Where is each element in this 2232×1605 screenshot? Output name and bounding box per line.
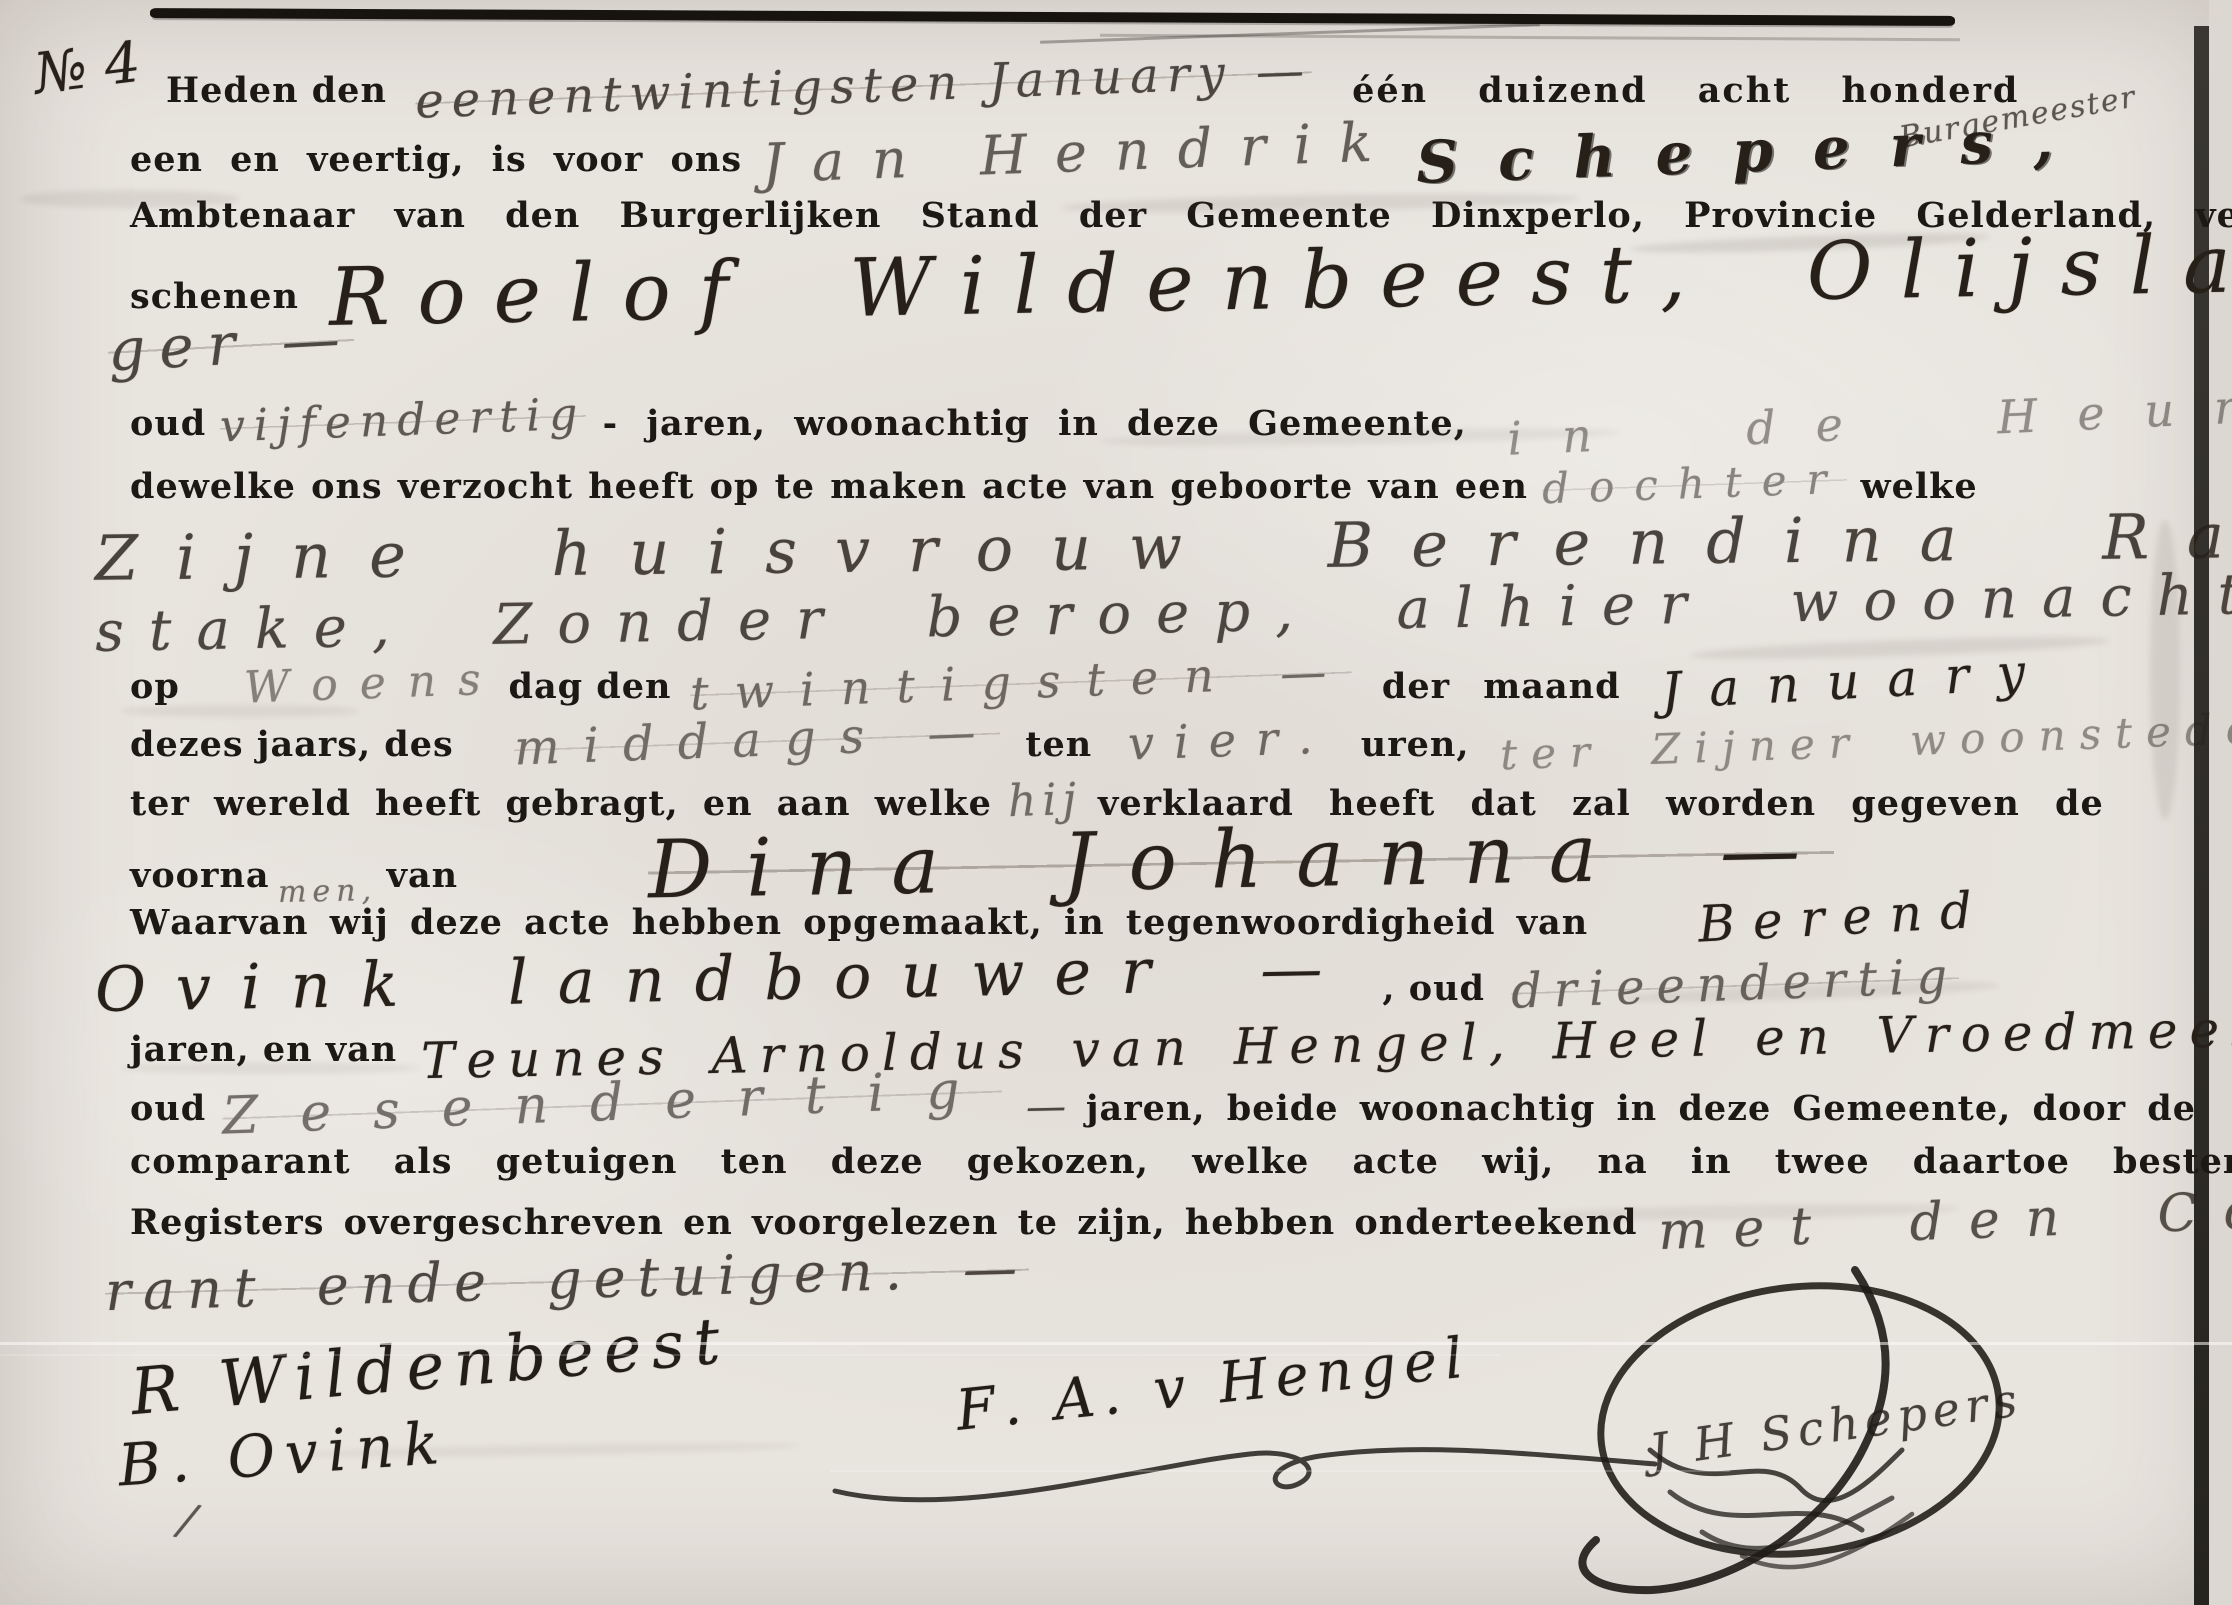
line-declarant-cont: ger — xyxy=(108,310,354,378)
signature-stray-mark: / xyxy=(175,1494,200,1547)
line-chosen: comparant als getuigen ten deze gekozen,… xyxy=(130,1141,2232,1182)
act-number: № 4 xyxy=(30,30,144,107)
printed-text: oud xyxy=(130,1088,206,1129)
entry-witness1-surname-occupation: Ovink landbouwer — xyxy=(94,931,1352,1026)
bleed-through xyxy=(20,190,240,208)
entry-declarant-age: vijfendertig xyxy=(219,389,587,453)
line-signed: Registers overgeschreven en voorgelezen … xyxy=(130,1187,2232,1247)
printed-text: der maand xyxy=(1382,666,1621,707)
printed-text: een en veertig, is voor ons xyxy=(130,139,742,180)
line-birthtime: dezes jaars, desmiddags —tenvier.uren,te… xyxy=(130,712,2232,768)
printed-text: comparant als getuigen ten deze gekozen,… xyxy=(130,1141,2232,1182)
entry-birth-hour: vier. xyxy=(1127,709,1333,770)
line-mother-cont: stake, Zonder beroep, alhier woonachtig xyxy=(95,580,2232,645)
printed-text: Heden den xyxy=(166,70,387,111)
paper-crease xyxy=(0,1342,2232,1345)
printed-text: oud xyxy=(130,403,206,444)
entry-birth-day: twintigsten — xyxy=(689,643,1353,720)
paper-crease xyxy=(0,1354,1500,1356)
printed-text: dezes jaars, des xyxy=(130,724,454,765)
printed-text: op xyxy=(130,666,180,707)
top-rule xyxy=(150,8,1955,26)
line-declarant: schenenRoelof Wildenbeest, Olijsla xyxy=(130,234,2232,327)
entry-birth-place: ter Zijner woonstede xyxy=(1499,704,2232,780)
entry-closing-cont: rant ende getuigen. — xyxy=(104,1236,1029,1323)
printed-text: , oud xyxy=(1382,968,1485,1009)
printed-text: Registers overgeschreven en voorgelezen … xyxy=(130,1202,1638,1243)
entry-registrar-firstname: Jan Hendrik xyxy=(761,110,1401,195)
line-official: een en veertig, is voor onsJan HendrikSc… xyxy=(130,117,2093,185)
entry-birth-daypart: middags — xyxy=(513,704,1000,777)
line-birthdate: opWoensdag dentwintigsten —der maandJanu… xyxy=(130,652,2053,710)
dash-mark: — xyxy=(1025,1084,1066,1131)
bleed-through xyxy=(120,705,360,717)
bleed-through xyxy=(120,1062,420,1074)
printed-text: dag den xyxy=(509,666,672,707)
printed-text: één duizend acht honderd xyxy=(1352,70,2019,111)
printed-text: Waarvan wij deze acte hebben opgemaakt, … xyxy=(130,902,1588,943)
bleed-through xyxy=(2150,520,2180,820)
printed-text: jaren, beide woonachtig in deze Gemeente… xyxy=(1086,1088,2196,1129)
line-signed-cont: rant ende getuigen. — xyxy=(105,1248,1029,1311)
printed-text: dewelke ons verzocht heeft op te maken a… xyxy=(130,466,1528,507)
line-witness1: Ovink landbouwer —, ouddrieendertig xyxy=(95,942,1959,1015)
entry-declarant-occupation: ger — xyxy=(106,304,355,385)
line-witness2-age: oudZesendertig—jaren, beide woonachtig i… xyxy=(130,1073,2196,1133)
line-witness2: jaren, en vanTeunes Arnoldus van Hengel,… xyxy=(130,1015,2232,1073)
printed-text: ten xyxy=(1025,724,1092,765)
line-date: Heden deneenentwintigsten January —één d… xyxy=(166,58,2019,114)
printed-text: uren, xyxy=(1361,724,1470,765)
birth-certificate-scan: № 4 Heden deneenentwintigsten January —é… xyxy=(0,0,2232,1605)
printed-text: welke xyxy=(1860,466,1977,507)
line-request: dewelke ons verzocht heeft op te maken a… xyxy=(130,459,1978,508)
paper-crease xyxy=(830,1470,1730,1472)
entry-declarant-residence: in de Heurne xyxy=(1506,372,2232,465)
